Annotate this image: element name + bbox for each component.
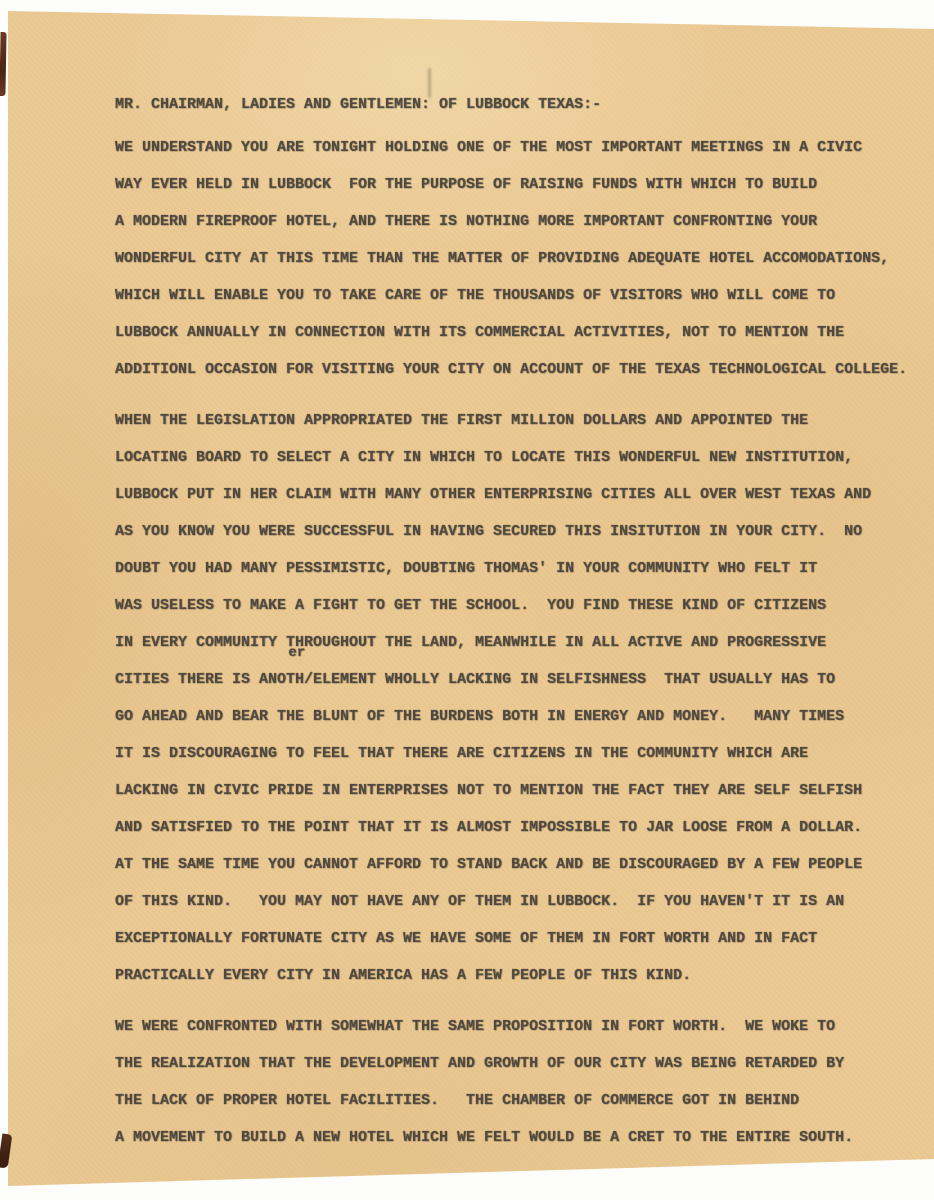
paper-page: MR. CHAIRMAN, LADIES AND GENTLEMEN: OF L… — [0, 0, 934, 1200]
text-line: WHEN THE LEGISLATION APPROPRIATED THE FI… — [115, 402, 915, 439]
paragraph: WE UNDERSTAND YOU ARE TONIGHT HOLDING ON… — [115, 129, 915, 388]
text-line: LOCATING BOARD TO SELECT A CITY IN WHICH… — [115, 439, 915, 476]
text-line: LUBBOCK PUT IN HER CLAIM WITH MANY OTHER… — [115, 476, 915, 513]
text-line: ADDITIONL OCCASION FOR VISITING YOUR CIT… — [115, 351, 915, 388]
text-line: AT THE SAME TIME YOU CANNOT AFFORD TO ST… — [115, 846, 915, 883]
scan-edge-artifact-top — [0, 32, 7, 96]
typed-insertion: er — [288, 646, 305, 660]
text-line: WAY EVER HELD IN LUBBOCK FOR THE PURPOSE… — [115, 166, 915, 203]
text-line: THE LACK OF PROPER HOTEL FACILITIES. THE… — [115, 1082, 915, 1119]
text-line: DOUBT YOU HAD MANY PESSIMISTIC, DOUBTING… — [115, 550, 915, 587]
paragraph: WE WERE CONFRONTED WITH SOMEWHAT THE SAM… — [115, 1008, 915, 1156]
text-line: WE WERE CONFRONTED WITH SOMEWHAT THE SAM… — [115, 1008, 915, 1045]
text-line: IT IS DISCOURAGING TO FEEL THAT THERE AR… — [115, 735, 915, 772]
text-line: IN EVERY COMMUNITY THROUGHOUT THE LAND, … — [115, 624, 915, 661]
text-line: THE REALIZATION THAT THE DEVELOPMENT AND… — [115, 1045, 915, 1082]
text-line: WAS USELESS TO MAKE A FIGHT TO GET THE S… — [115, 587, 915, 624]
text-line: GO AHEAD AND BEAR THE BLUNT OF THE BURDE… — [115, 698, 915, 735]
text-line: PRACTICALLY EVERY CITY IN AMERICA HAS A … — [115, 957, 915, 994]
text-line: WHICH WILL ENABLE YOU TO TAKE CARE OF TH… — [115, 277, 915, 314]
text-line: AND SATISFIED TO THE POINT THAT IT IS AL… — [115, 809, 915, 846]
paragraph: WHEN THE LEGISLATION APPROPRIATED THE FI… — [115, 402, 915, 994]
text-line: OF THIS KIND. YOU MAY NOT HAVE ANY OF TH… — [115, 883, 915, 920]
text-line: CITIES THERE IS ANOTH/ELEMENT WHOLLY LAC… — [115, 661, 915, 698]
text-line: LUBBOCK ANNUALLY IN CONNECTION WITH ITS … — [115, 314, 915, 351]
text-line: WE UNDERSTAND YOU ARE TONIGHT HOLDING ON… — [115, 129, 915, 166]
text-line: EXCEPTIONALLY FORTUNATE CITY AS WE HAVE … — [115, 920, 915, 957]
scanned-document: MR. CHAIRMAN, LADIES AND GENTLEMEN: OF L… — [0, 0, 934, 1200]
salutation-line: MR. CHAIRMAN, LADIES AND GENTLEMEN: OF L… — [115, 86, 915, 123]
text-line: WONDERFUL CITY AT THIS TIME THAN THE MAT… — [115, 240, 915, 277]
text-line: LACKING IN CIVIC PRIDE IN ENTERPRISES NO… — [115, 772, 915, 809]
text-line: A MOVEMENT TO BUILD A NEW HOTEL WHICH WE… — [115, 1119, 915, 1156]
text-line: AS YOU KNOW YOU WERE SUCCESSFUL IN HAVIN… — [115, 513, 915, 550]
text-line: A MODERN FIREPROOF HOTEL, AND THERE IS N… — [115, 203, 915, 240]
document-body: MR. CHAIRMAN, LADIES AND GENTLEMEN: OF L… — [115, 86, 915, 1170]
